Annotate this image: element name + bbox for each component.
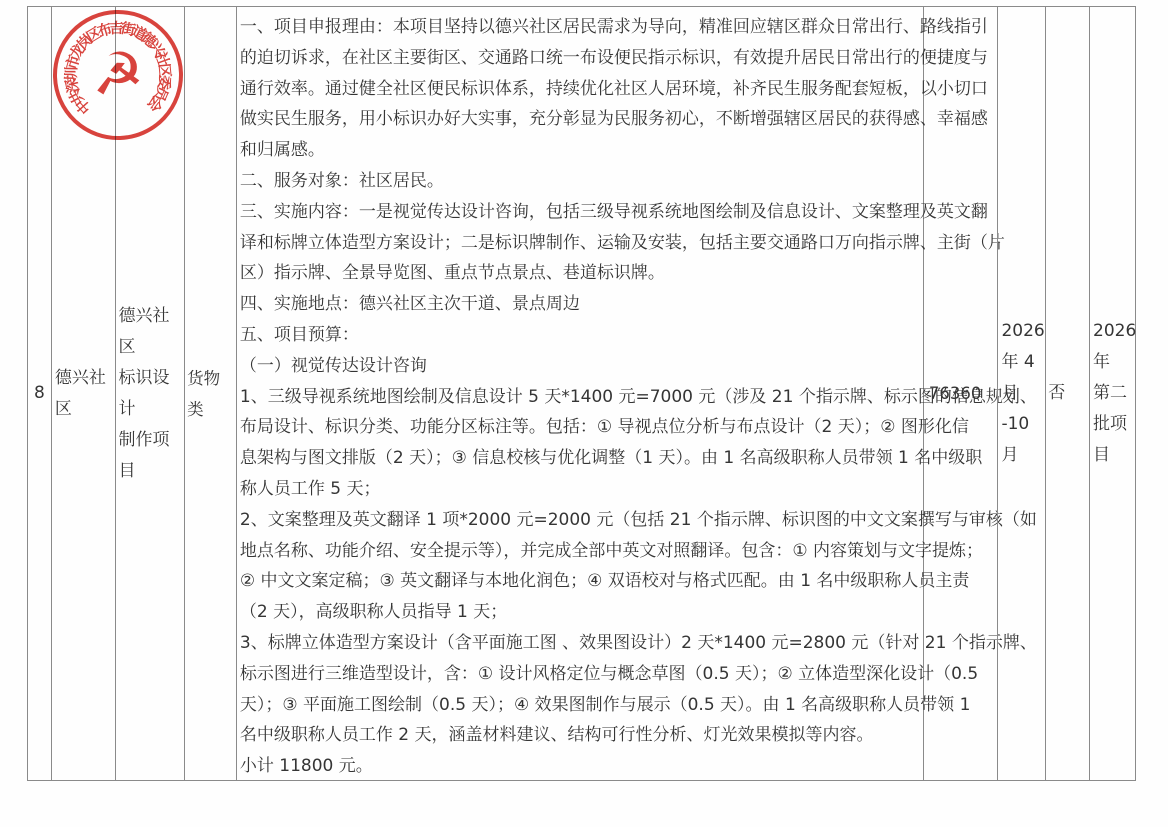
text-line: 区）指示牌、全景导览图、重点节点景点、巷道标识牌。	[240, 258, 923, 289]
text-line: 三、实施内容：一是视觉传达设计咨询，包括三级导视系统地图绘制及信息设计、文案整理…	[240, 197, 923, 228]
text-line: 小计 11800 元。	[240, 751, 923, 782]
text-line: 1、三级导视系统地图绘制及信息设计 5 天*1400 元=7000 元（涉及 2…	[240, 382, 923, 413]
cell-project-description: 一、项目申报理由：本项目坚持以德兴社区居民需求为导向，精准回应辖区群众日常出行、…	[237, 7, 924, 780]
text-line: 批项	[1093, 409, 1135, 440]
text-line: 第二	[1093, 378, 1135, 409]
text-line: 二、服务对象：社区居民。	[240, 166, 923, 197]
text-line: （2 天），高级职称人员指导 1 天；	[240, 597, 923, 628]
text-line: 五、项目预算：	[240, 320, 923, 351]
text-line: 德兴社区	[119, 301, 185, 363]
text-line: 3、标牌立体造型方案设计（含平面施工图 、效果图设计）2 天*1400 元=28…	[240, 628, 923, 659]
cell-flag-no: 否	[1046, 7, 1090, 780]
text-line: 译和标牌立体造型方案设计；二是标识牌制作、运输及安装，包括主要交通路口万向指示牌…	[240, 228, 923, 259]
text-line: 名中级职称人员工作 2 天，涵盖材料建议、结构可行性分析、灯光效果模拟等内容。	[240, 720, 923, 751]
procurement-category: 货物类	[187, 363, 236, 425]
text-line: 德兴社	[55, 363, 115, 394]
text-line: 2、文案整理及英文翻译 1 项*2000 元=2000 元（包括 21 个指示牌…	[240, 505, 923, 536]
budget-amount: 76360	[929, 378, 998, 409]
text-line: 标示图进行三维造型设计，含：① 设计风格定位与概念草图（0.5 天）；② 立体造…	[240, 659, 923, 690]
text-line: 制作项目	[119, 425, 185, 487]
text-line: 地点名称、功能介绍、安全提示等），并完成全部中英文对照翻译。包含：① 内容策划与…	[240, 536, 923, 567]
text-line: 一、项目申报理由：本项目坚持以德兴社区居民需求为导向，精准回应辖区群众日常出行、…	[240, 12, 923, 43]
text-line: 目	[1093, 440, 1135, 471]
text-line: 年 4 月	[1001, 347, 1045, 409]
text-line: 的迫切诉求，在社区主要街区、交通路口统一布设便民指示标识，有效提升居民日常出行的…	[240, 43, 923, 74]
project-declaration-table-row: 8 德兴社区 德兴社区标识设计制作项目 货物类 一、项目申报理由：本项目坚持以德…	[27, 6, 1136, 781]
cell-procurement-category: 货物类	[185, 7, 237, 780]
flag-value: 否	[1048, 378, 1089, 409]
text-line: 和归属感。	[240, 135, 923, 166]
cell-community-name: 德兴社区	[52, 7, 116, 780]
text-line: 2026	[1001, 316, 1045, 347]
text-line: 通行效率。通过健全社区便民标识体系，持续优化社区人居环境，补齐民生服务配套短板，…	[240, 74, 923, 105]
row-number: 8	[34, 378, 45, 409]
text-line: 布局设计、标识分类、功能分区标注等。包括：① 导视点位分析与布点设计（2 天）；…	[240, 412, 923, 443]
text-line: 年	[1093, 347, 1135, 378]
text-line: 2026	[1093, 316, 1135, 347]
cell-project-name: 德兴社区标识设计制作项目	[116, 7, 186, 780]
cell-budget-amount: 76360	[924, 7, 999, 780]
text-line: -10 月	[1001, 409, 1045, 471]
text-line: 四、实施地点：德兴社区主次干道、景点周边	[240, 289, 923, 320]
text-line: （一）视觉传达设计咨询	[240, 351, 923, 382]
text-line: 区	[55, 394, 115, 425]
cell-row-number: 8	[28, 7, 52, 780]
text-line: 息架构与图文排版（2 天）；③ 信息校核与优化调整（1 天）。由 1 名高级职称…	[240, 443, 923, 474]
text-line: 天）；③ 平面施工图绘制（0.5 天）；④ 效果图制作与展示（0.5 天）。由 …	[240, 690, 923, 721]
text-line: 称人员工作 5 天；	[240, 474, 923, 505]
text-line: 标识设计	[119, 363, 185, 425]
text-line: ② 中文文案定稿；③ 英文翻译与本地化润色；④ 双语校对与格式匹配。由 1 名中…	[240, 566, 923, 597]
cell-implementation-period: 2026年 4 月-10 月	[998, 7, 1046, 780]
text-line: 做实民生服务，用小标识办好大实事，充分彰显为民服务初心，不断增强辖区居民的获得感…	[240, 104, 923, 135]
cell-batch-label: 2026年第二批项目	[1090, 7, 1135, 780]
